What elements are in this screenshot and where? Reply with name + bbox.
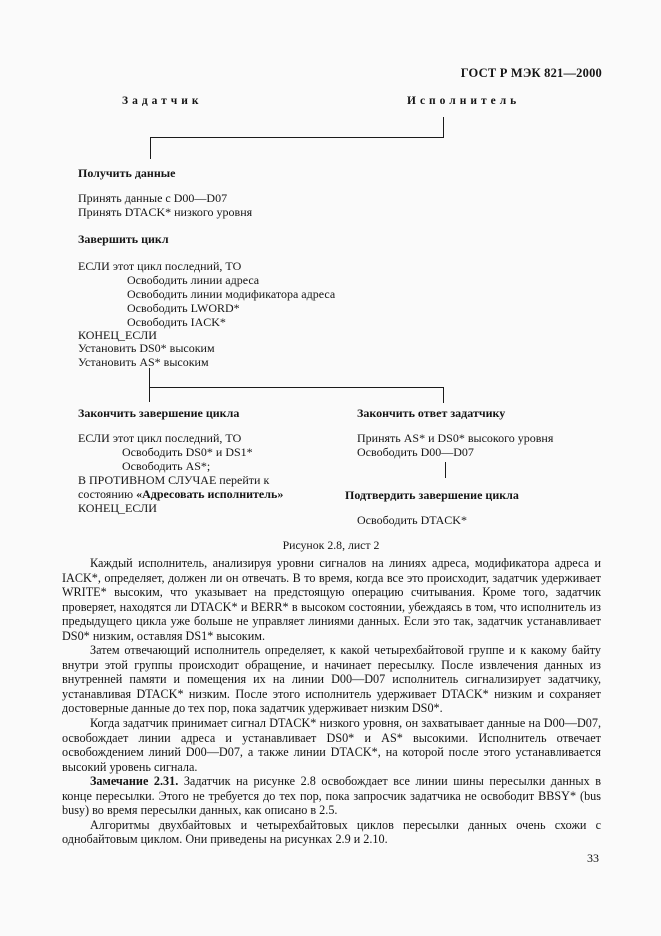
block-title-confirm-termination: Подтвердить завершение цикла	[345, 488, 519, 503]
connector-vertical-mid-left	[149, 368, 150, 402]
block-title-finish-response: Закончить ответ задатчику	[357, 406, 505, 421]
step-set-ds0-high: Установить DS0* высоким	[78, 342, 215, 356]
paragraph-note: Замечание 2.31. Задатчик на рисунке 2.8 …	[62, 774, 601, 818]
step-endif-2: КОНЕЦ_ЕСЛИ	[78, 502, 157, 516]
step-release-address-lines: Освободить линии адреса	[127, 274, 259, 288]
step-otherwise: В ПРОТИВНОМ СЛУЧАЕ перейти к	[78, 474, 269, 488]
body-text: Каждый исполнитель, анализируя уровни си…	[62, 556, 601, 847]
connector-vertical-top-right	[443, 117, 444, 138]
paragraph-1: Каждый исполнитель, анализируя уровни си…	[62, 556, 601, 643]
goto-state-name: «Адресовать исполнитель»	[136, 487, 283, 501]
connector-horizontal-top	[150, 137, 444, 138]
block-title-finish-cycle: Завершить цикл	[78, 232, 169, 247]
goto-state-prefix: состоянию	[78, 487, 136, 501]
standard-designation: ГОСТ Р МЭК 821—2000	[461, 66, 602, 81]
step-goto-address-slave: состоянию «Адресовать исполнитель»	[78, 488, 283, 502]
block-title-get-data: Получить данные	[78, 166, 175, 181]
connector-vertical-slave	[445, 462, 446, 478]
connector-vertical-top-left	[150, 137, 151, 159]
step-release-am-lines: Освободить линии модификатора адреса	[127, 288, 335, 302]
note-label: Замечание 2.31.	[90, 774, 178, 788]
step-if-last-cycle-2: ЕСЛИ этот цикл последний, ТО	[78, 432, 241, 446]
step-release-lword: Освободить LWORD*	[127, 302, 240, 316]
step-release-d00-d07: Освободить D00—D07	[357, 446, 474, 460]
page-number: 33	[587, 851, 599, 866]
step-release-ds0-ds1: Освободить DS0* и DS1*	[122, 446, 253, 460]
step-release-dtack: Освободить DTACK*	[357, 514, 467, 528]
paragraph-3: Когда задатчик принимает сигнал DTACK* н…	[62, 716, 601, 774]
column-title-slave: Исполнитель	[407, 95, 520, 107]
block-title-finish-termination: Закончить завершение цикла	[78, 406, 239, 421]
connector-vertical-mid-right	[443, 387, 444, 403]
connector-horizontal-mid	[149, 387, 444, 388]
step-release-as: Освободить AS*;	[122, 460, 210, 474]
step-if-last-cycle: ЕСЛИ этот цикл последний, ТО	[78, 260, 241, 274]
step-accept-dtack: Принять DTACK* низкого уровня	[78, 206, 252, 220]
step-accept-data: Принять данные с D00—D07	[78, 192, 227, 206]
step-set-as-high: Установить AS* высоким	[78, 356, 209, 370]
column-title-master: Задатчик	[122, 95, 202, 107]
figure-caption: Рисунок 2.8, лист 2	[62, 538, 600, 553]
paragraph-5: Алгоритмы двухбайтовых и четырехбайтовых…	[62, 818, 601, 847]
document-page: ГОСТ Р МЭК 821—2000 Задатчик Исполнитель…	[0, 0, 661, 936]
paragraph-2: Затем отвечающий исполнитель определяет,…	[62, 643, 601, 716]
step-accept-as-ds0-high: Принять AS* и DS0* высокого уровня	[357, 432, 553, 446]
